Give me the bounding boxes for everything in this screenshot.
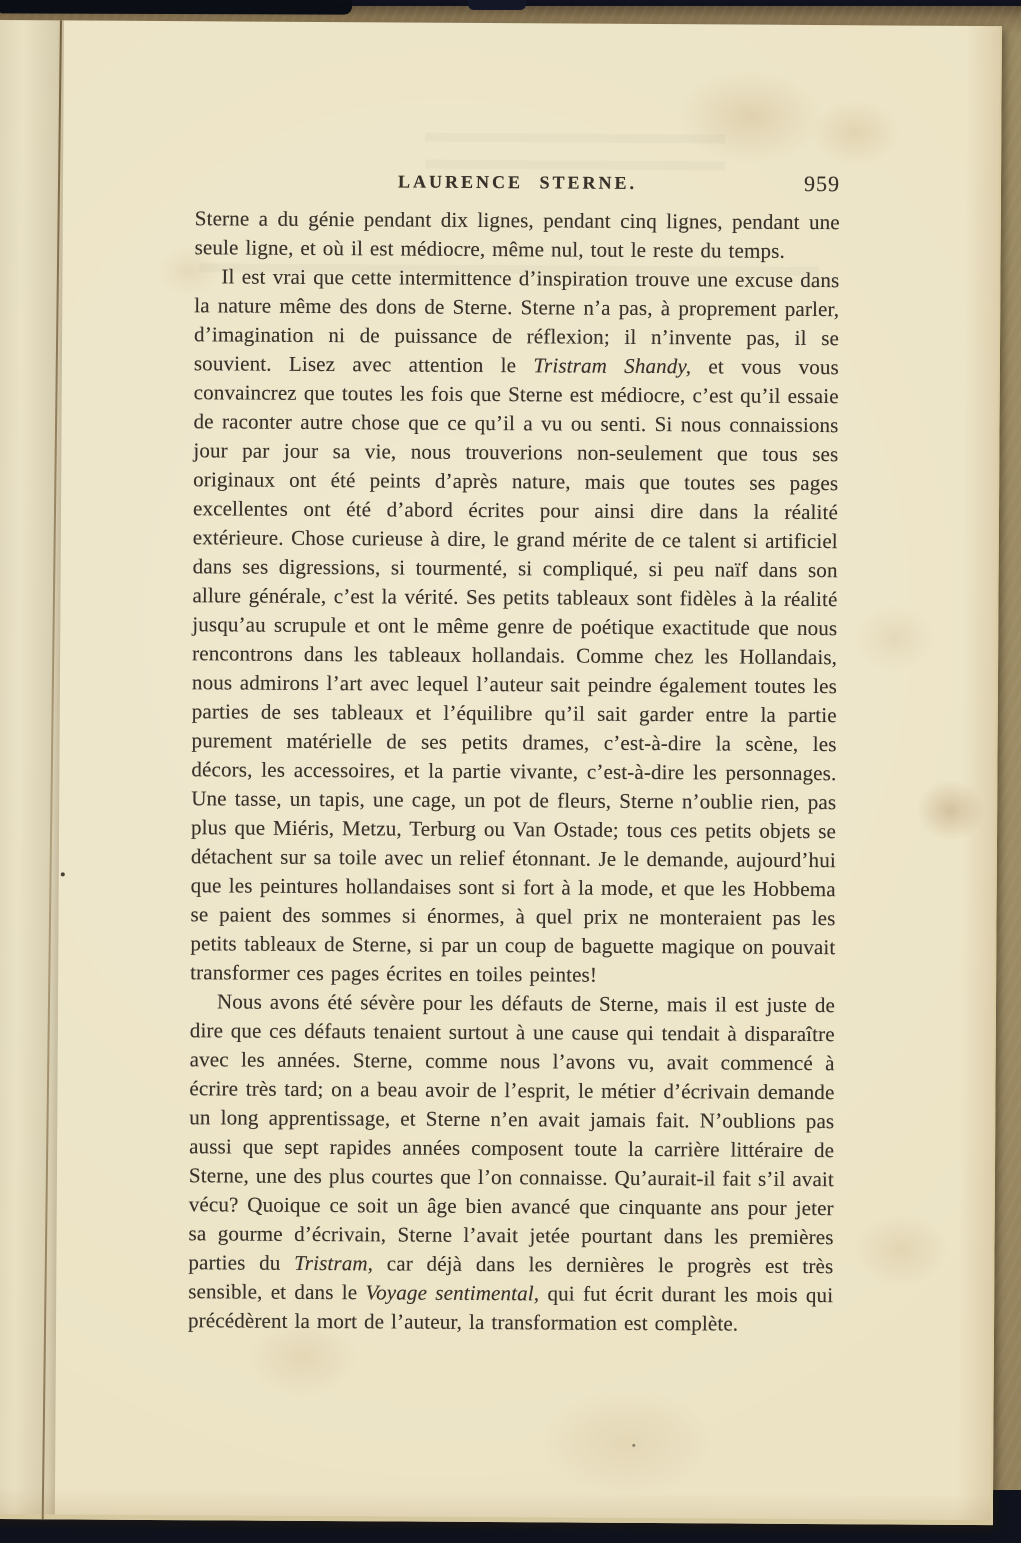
running-head: LAURENCE STERNE. bbox=[195, 170, 840, 195]
paragraph: Nous avons été sévère pour les défauts d… bbox=[188, 987, 835, 1339]
ink-speck bbox=[632, 1444, 635, 1447]
page-edge-toning bbox=[957, 26, 1000, 1520]
book-page: LAURENCE STERNE. 959 Sterne a du génie p… bbox=[0, 20, 1002, 1525]
top-edge-shadow bbox=[0, 0, 352, 15]
page-header: LAURENCE STERNE. 959 bbox=[195, 170, 840, 200]
body-text: Sterne a du génie pendant dix lignes, pe… bbox=[188, 204, 840, 1339]
gutter-shading bbox=[0, 20, 64, 1514]
foxing-stain bbox=[790, 85, 921, 181]
body-run: et vous vous convaincrez que toutes les … bbox=[190, 354, 839, 986]
italic-title-text: Tristram Shandy, bbox=[533, 353, 691, 378]
page-number: 959 bbox=[804, 171, 840, 197]
italic-title-text: Tristram, bbox=[294, 1251, 373, 1275]
foxing-stain bbox=[833, 1197, 969, 1303]
paragraph: Sterne a du génie pendant dix lignes, pe… bbox=[195, 204, 840, 266]
top-edge-shadow bbox=[468, 0, 526, 10]
scanned-book-photo: LAURENCE STERNE. 959 Sterne a du génie p… bbox=[0, 0, 1021, 1543]
body-run: Nous avons été sévère pour les défauts d… bbox=[188, 989, 835, 1274]
foxing-stain bbox=[645, 49, 856, 185]
foxing-stain bbox=[837, 590, 953, 686]
page-edge-toning bbox=[0, 1488, 991, 1520]
paragraph: Il est vrai que cette intermittence d’in… bbox=[190, 262, 839, 991]
ink-speck bbox=[61, 872, 65, 876]
body-run: Sterne a du génie pendant dix lignes, pe… bbox=[195, 206, 840, 263]
italic-title-text: Voyage sentimental, bbox=[365, 1280, 539, 1305]
